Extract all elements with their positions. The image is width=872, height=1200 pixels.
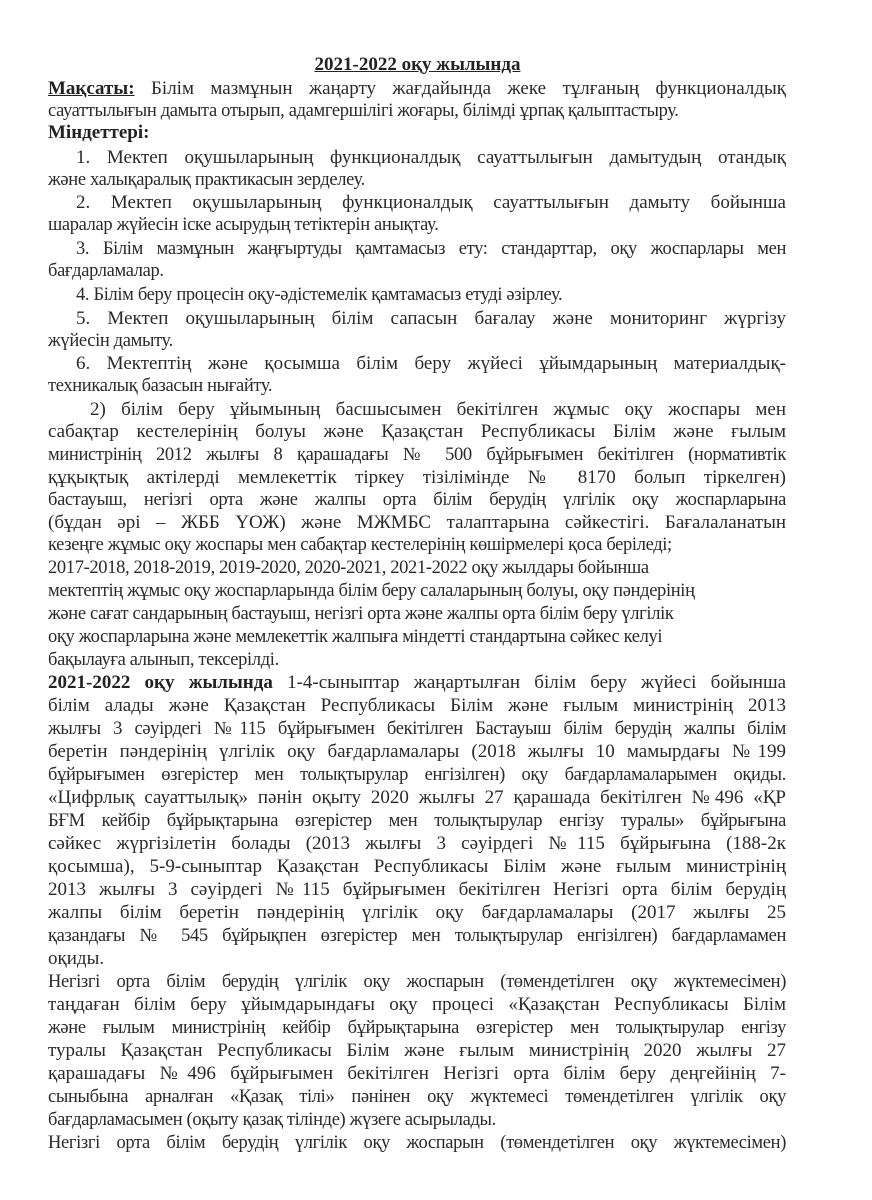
requirements-line: (бұдан әрі – ЖББ ҮОЖ) және МЖМБС талапта… [48, 512, 786, 534]
year-para-line: 2013 жылғы 3 сәуірдегі №115 бұйрығымен б… [48, 879, 786, 901]
year-para-line: қосымша), 5-9-сыныптар Қазақстан Республ… [48, 856, 786, 878]
document-title: 2021-2022 оқу жылында [0, 54, 835, 76]
task-item-5-cont: жүйесін дамыту. [48, 330, 786, 352]
years-line: 2017-2018, 2018-2019, 2019-2020, 2020-20… [48, 557, 786, 579]
task-item-6-cont: техникалық базасын нығайту. [48, 375, 786, 397]
requirements-line: сабақтар кестелерінің болуы және Қазақст… [48, 421, 786, 443]
year-para-line: жылғы 3 сәуірдегі №115 бұйрығымен бекіті… [48, 718, 786, 740]
grade7-line: бағдарламасымен (оқыту қазақ тілінде) жү… [48, 1109, 786, 1131]
year-para-line: сәйкес жүргізілетін болады (2013 жылғы 3… [48, 833, 786, 855]
goal-line: Мақсаты: Білім мазмұнын жаңарту жағдайын… [48, 78, 786, 100]
grade7-line: қарашадағы №496 бұйрығымен бекітілген Не… [48, 1063, 786, 1085]
task-item-2: 2. Мектеп оқушыларының функционалдық сау… [76, 192, 786, 214]
task-item-1: 1. Мектеп оқушыларының функционалдық сау… [76, 147, 786, 169]
grade7-line: туралы Қазақстан Республикасы Білім және… [48, 1040, 786, 1062]
goal-text: Білім мазмұнын жаңарту жағдайында жеке т… [151, 78, 786, 99]
task-item-2-cont: шаралар жүйесін іске асырудың тетіктерін… [48, 214, 786, 236]
task-item-3-cont: бағдарламалар. [48, 260, 786, 282]
years-line: және сағат сандарының бастауыш, негізгі … [48, 603, 786, 625]
year-para-line: «Цифрлық сауаттылық» пәнін оқыту 2020 жы… [48, 787, 786, 809]
requirements-line: құқықтық актілерді мемлекеттік тіркеу ті… [48, 467, 786, 489]
grade7-line: таңдаған білім беру ұйымдарындағы оқу пр… [48, 994, 786, 1016]
years-line: бақылауға алынып, тексерілді. [48, 649, 786, 671]
grade7-line: және ғылым министрінің кейбір бұйрықтары… [48, 1017, 786, 1039]
task-item-4: 4. Білім беру процесін оқу-әдістемелік қ… [76, 284, 786, 306]
year-para-line: беретін пәндерінің үлгілік оқу бағдарлам… [48, 741, 786, 763]
goal-label: Мақсаты: [48, 78, 135, 99]
years-line: оқу жоспарларына және мемлекеттік жалпығ… [48, 626, 786, 648]
year-para-line: оқиды. [48, 948, 786, 970]
task-item-1-cont: және халықаралық практикасын зерделеу. [48, 169, 786, 191]
document-page: 2021-2022 оқу жылында Мақсаты: Білім маз… [0, 0, 872, 1200]
year-para-line: қазандағы № 545 бұйрықпен өзгерістер мен… [48, 925, 786, 947]
year-para-text: 1-4-сыныптар жаңартылған білім беру жүйе… [287, 672, 786, 693]
year-para-line: білім алады және Қазақстан Республикасы … [48, 695, 786, 717]
task-item-6: 6. Мектептің және қосымша білім беру жүй… [76, 353, 786, 375]
grade7-line: Негізгі орта білім берудің үлгілік оқу ж… [48, 971, 786, 993]
year-para-bold-lead: 2021-2022 оқу жылында [48, 672, 273, 693]
last-para-line: Негізгі орта білім берудің үлгілік оқу ж… [48, 1132, 786, 1154]
requirements-line: 2) білім беру ұйымының басшысымен бекіті… [90, 399, 786, 421]
grade7-line: сыныбына арналған «Қазақ тілі» пәнінен о… [48, 1086, 786, 1108]
tasks-label: Міндеттері: [48, 122, 786, 144]
requirements-line: бастауыш, негізгі орта және жалпы орта б… [48, 489, 786, 511]
year-para-line: жалпы білім беретін пәндерінің үлгілік о… [48, 902, 786, 924]
year-para-line: БҒМ кейбір бұйрықтарына өзгерістер мен т… [48, 810, 786, 832]
years-line: мектептің жұмыс оқу жоспарларында білім … [48, 580, 786, 602]
year-para-line: 2021-2022 оқу жылында 1-4-сыныптар жаңар… [48, 672, 786, 694]
year-para-line: бұйрығымен өзгерістер мен толықтырулар е… [48, 764, 786, 786]
requirements-line: кезеңге жұмыс оқу жоспары мен сабақтар к… [48, 534, 786, 556]
task-item-3: 3. Білім мазмұнын жаңғыртуды қамтамасыз … [76, 238, 786, 260]
task-item-5: 5. Мектеп оқушыларының білім сапасын бағ… [76, 308, 786, 330]
requirements-line: министрінің 2012 жылғы 8 қарашадағы № 50… [48, 444, 786, 466]
goal-line: сауаттылығын дамыта отырып, адамгершіліг… [48, 100, 786, 122]
